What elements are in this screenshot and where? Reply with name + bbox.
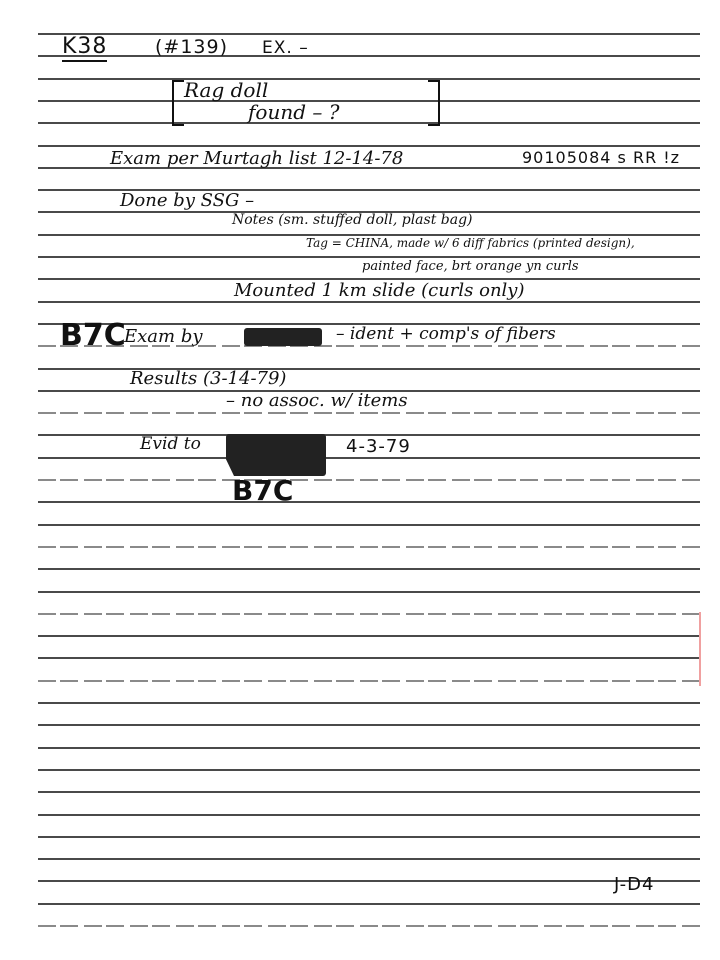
ruled-line	[38, 657, 700, 659]
redacted-examiner-name	[244, 328, 322, 346]
ruled-line	[38, 680, 700, 682]
evid-to-label: Evid to	[140, 434, 201, 454]
ruled-line	[38, 925, 700, 927]
exam-by-label: Exam by	[124, 326, 203, 347]
ruled-line	[38, 591, 700, 593]
file-number: 90105084 s RR !z	[522, 148, 680, 167]
notes-line2: Tag = CHINA, made w/ 6 diff fabrics (pri…	[306, 236, 635, 250]
ruled-line	[38, 724, 700, 726]
ruled-line	[38, 256, 700, 258]
page-id: J-D4	[614, 874, 654, 895]
ruled-line	[38, 524, 700, 526]
evid-date: 4-3-79	[346, 436, 411, 457]
bracket-note-line1: Rag doll	[184, 78, 268, 102]
ruled-line	[38, 479, 700, 481]
results-label: Results (3-14-79)	[130, 368, 286, 389]
ruled-line	[38, 33, 700, 35]
ruled-line	[38, 412, 700, 414]
ruled-line	[38, 903, 700, 905]
ruled-line	[38, 501, 700, 503]
notes-line1: Notes (sm. stuffed doll, plast bag)	[232, 212, 473, 228]
exam-by-purpose: – ident + comp's of fibers	[336, 324, 556, 344]
ruled-line	[38, 145, 700, 147]
ruled-line	[38, 836, 700, 838]
ruled-line	[38, 613, 700, 615]
ruled-line	[38, 814, 700, 816]
scanned-notebook-page: K38 (#139) EX. – Rag doll found – ? Exam…	[0, 0, 720, 960]
ruled-line	[38, 747, 700, 749]
b7c-exemption-mark-2: B7C	[232, 474, 293, 507]
notes-line3: painted face, brt orange yn curls	[362, 259, 579, 274]
mounted-slide: Mounted 1 km slide (curls only)	[234, 280, 525, 301]
done-by: Done by SSG –	[120, 190, 254, 211]
ruled-line	[38, 702, 700, 704]
ruled-line	[38, 568, 700, 570]
ruled-line	[38, 858, 700, 860]
scan-edge-mark	[699, 612, 701, 686]
item-number: (#139)	[155, 36, 228, 58]
bracket-note-line2: found – ?	[248, 100, 339, 124]
b7c-exemption-mark: B7C	[60, 318, 126, 353]
exam-per-list: Exam per Murtagh list 12-14-78	[110, 148, 403, 169]
specimen-id: K38	[62, 34, 107, 62]
ruled-line	[38, 769, 700, 771]
redacted-recipient-name	[226, 434, 326, 476]
exhibit-type: EX. –	[262, 38, 309, 58]
ruled-line	[38, 55, 700, 57]
ruled-line	[38, 880, 700, 882]
ruled-line	[38, 635, 700, 637]
ruled-line	[38, 791, 700, 793]
results-detail: – no assoc. w/ items	[226, 390, 408, 411]
ruled-line	[38, 546, 700, 548]
